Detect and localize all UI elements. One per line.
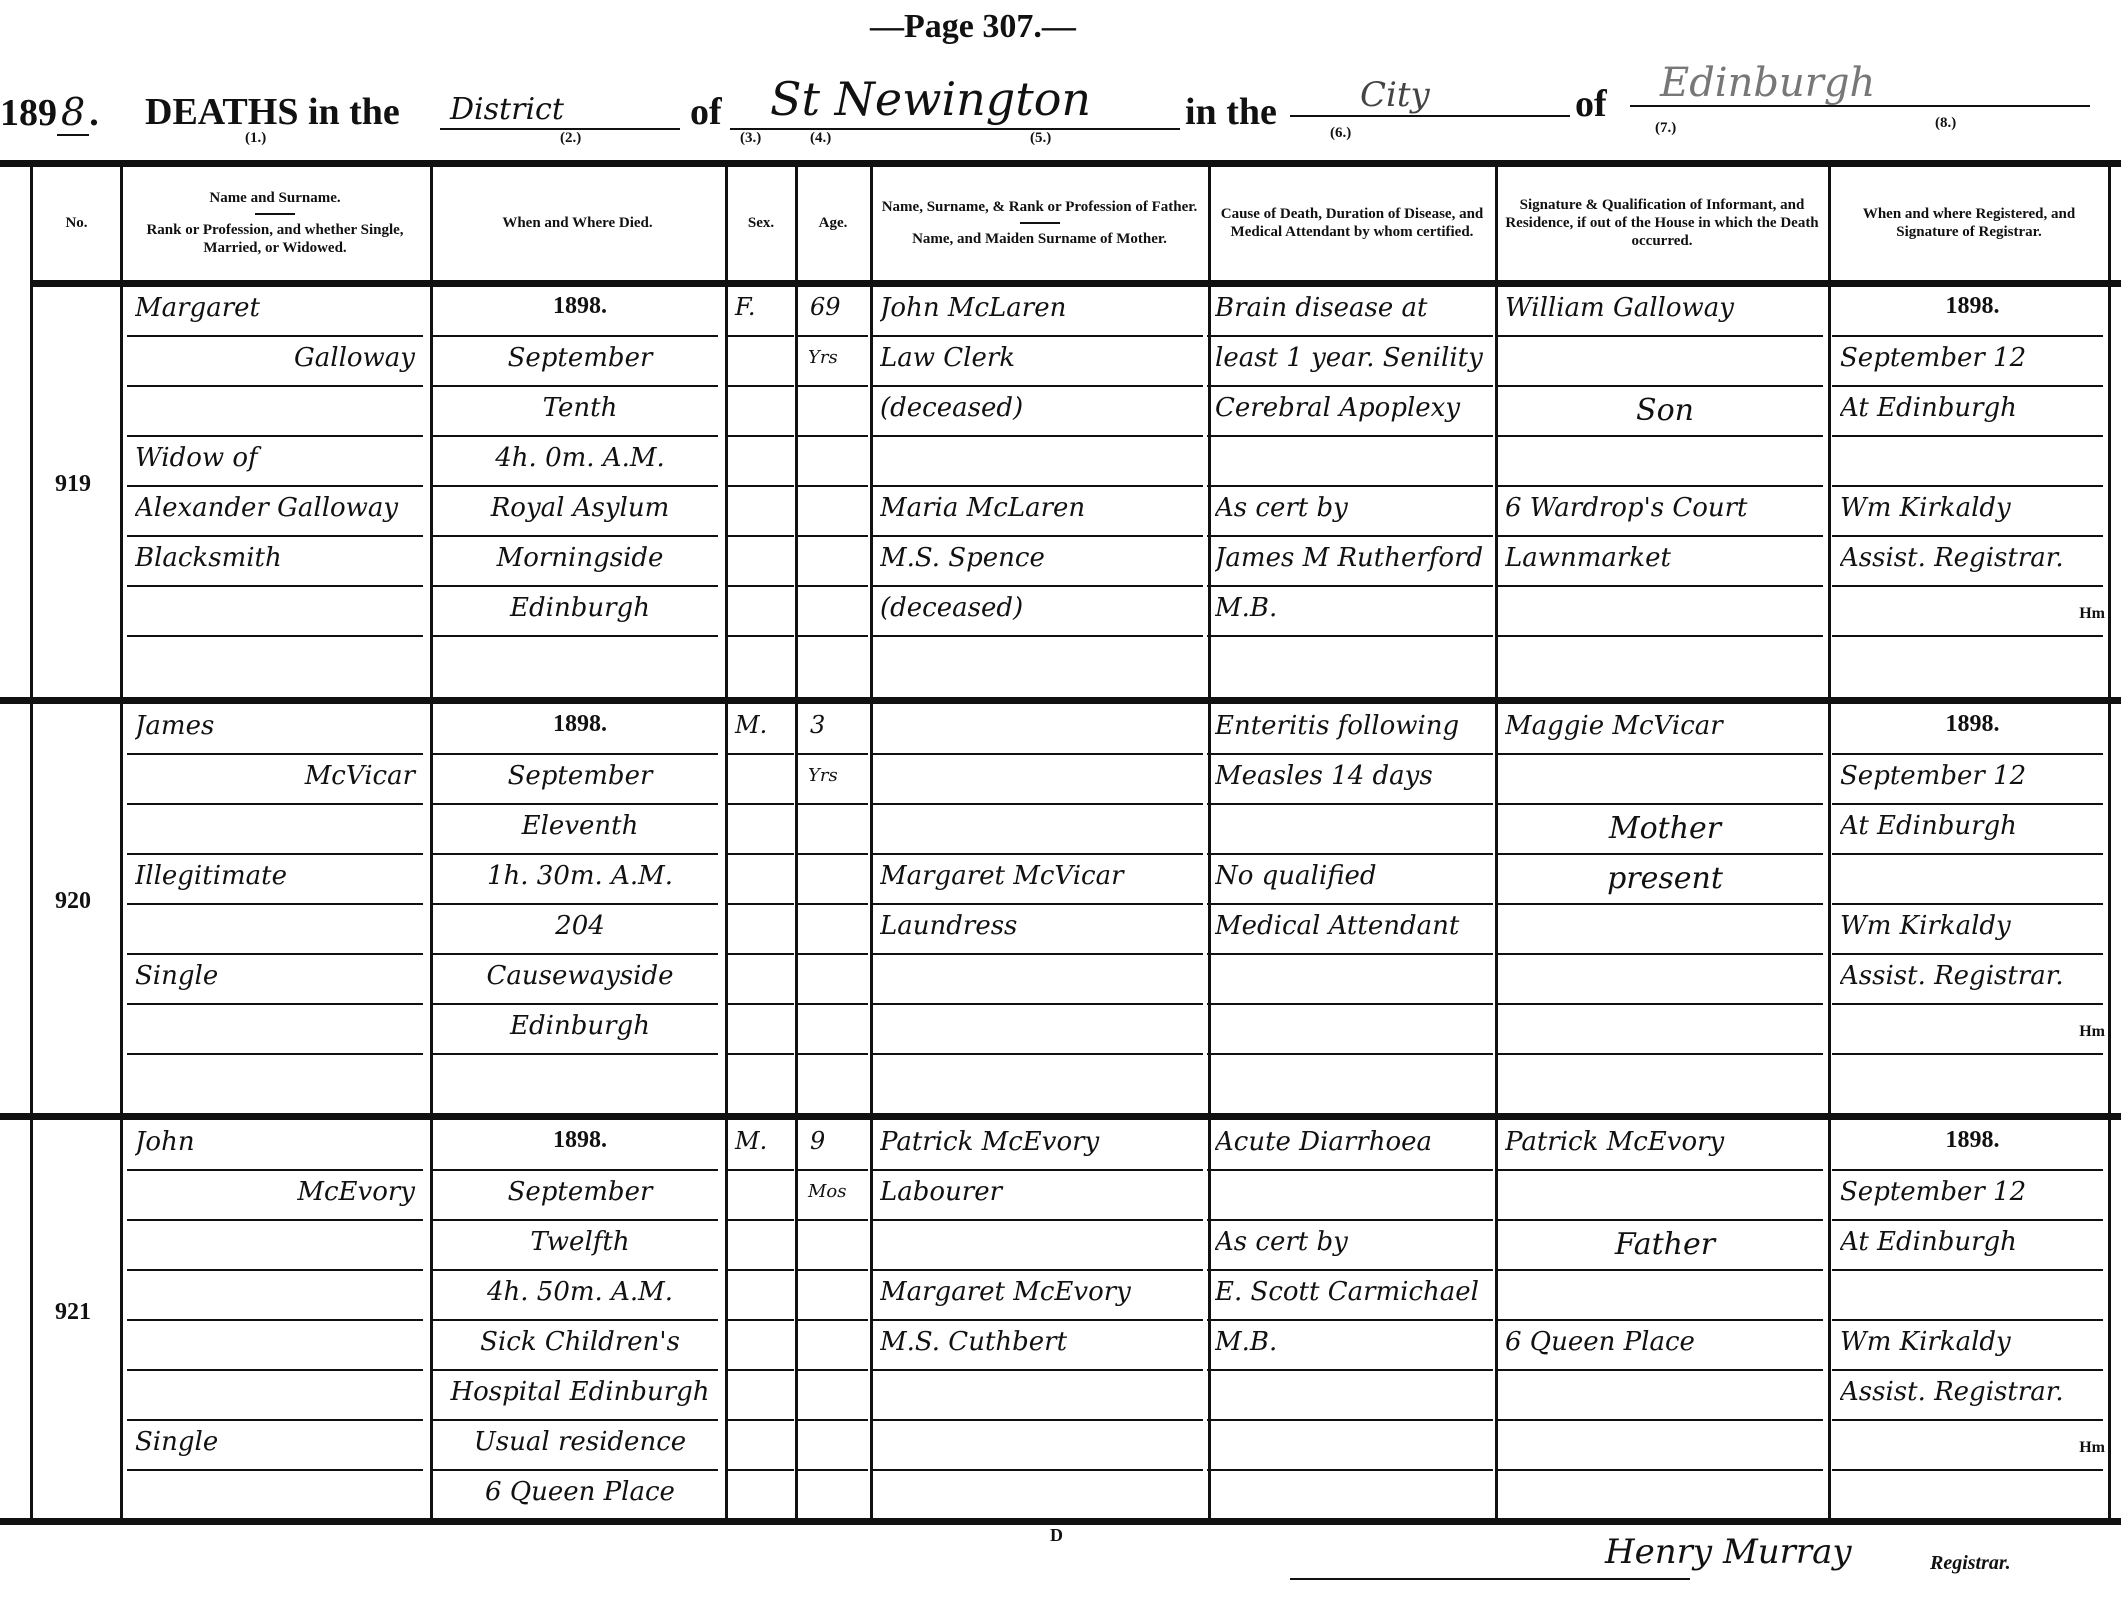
entry-died-line: Hospital Edinburgh <box>440 1377 720 1407</box>
col-header-informant: Signature & Qualification of Informant, … <box>1498 165 1826 280</box>
ruled-line <box>798 335 868 337</box>
ruled-line <box>872 953 1203 955</box>
ruled-line <box>798 385 868 387</box>
ruled-line <box>127 335 423 337</box>
col-header-name-bottom: Rank or Profession, and whether Single, … <box>125 221 425 257</box>
entry-informant-line: 6 Queen Place <box>1505 1327 1825 1357</box>
ruled-line <box>798 953 868 955</box>
entry-registered-line: At Edinburgh <box>1840 1227 2105 1257</box>
ruled-line <box>872 1319 1203 1321</box>
entry-died-line: Edinburgh <box>440 593 720 623</box>
ruled-line <box>872 1053 1203 1055</box>
col-header-registered-label: When and where Registered, and Signature… <box>1832 205 2106 241</box>
entry-registered-line: September 12 <box>1840 343 2105 373</box>
entry-cause-line: Measles 14 days <box>1215 761 1495 791</box>
entry-age: 69 <box>810 293 841 321</box>
entry-registered-line: At Edinburgh <box>1840 393 2105 423</box>
col-header-no-label: No. <box>65 214 87 232</box>
in-the-label: in the <box>1185 90 1277 134</box>
entry-name-line: McVicar <box>135 761 425 791</box>
ruled-line <box>1497 385 1823 387</box>
ruled-line <box>127 903 423 905</box>
year-prefix: 189 <box>0 92 57 134</box>
ruled-line <box>1207 585 1493 587</box>
ruled-line <box>1832 1419 2103 1421</box>
entry-died-line: Twelfth <box>440 1227 720 1257</box>
ruled-line <box>1497 1003 1823 1005</box>
entry-died-line: 1h. 30m. A.M. <box>440 861 720 891</box>
ruled-line <box>1497 903 1823 905</box>
footer-letter: D <box>1050 1525 1063 1546</box>
ruled-line <box>127 1369 423 1371</box>
ruled-line <box>1497 635 1823 637</box>
entry-cause-line: No qualified <box>1215 861 1495 891</box>
ruled-line <box>127 435 423 437</box>
ruled-line <box>1497 1269 1823 1271</box>
ruled-line <box>432 485 718 487</box>
ruled-line <box>1832 1469 2103 1471</box>
year-suffix: 8 <box>57 90 89 136</box>
ruled-line <box>1207 1219 1493 1221</box>
entry-cause-line: As cert by <box>1215 1227 1495 1257</box>
entry-registered-line: Wm Kirkaldy <box>1840 1327 2105 1357</box>
entry-registered-line: 1898. <box>1840 293 2105 320</box>
ruled-line <box>798 853 868 855</box>
ruled-line <box>872 535 1203 537</box>
col-header-parents-top: Name, Surname, & Rank or Profession of F… <box>882 198 1198 216</box>
ruled-line <box>1497 485 1823 487</box>
ruled-line <box>1832 853 2103 855</box>
colnum-3: (3.) <box>740 130 761 147</box>
colnum-5: (5.) <box>1030 130 1051 147</box>
ruled-line <box>1207 1469 1493 1471</box>
ruled-line <box>798 753 868 755</box>
entry-name-line: Blacksmith <box>135 543 425 573</box>
ruled-line <box>1207 1369 1493 1371</box>
entry-cause-line: E. Scott Carmichael <box>1215 1277 1495 1307</box>
entry-parents-line: Margaret McVicar <box>880 861 1205 891</box>
ruled-line <box>1497 753 1823 755</box>
entry-age-unit: Mos <box>808 1181 847 1202</box>
entry-cause-line: Acute Diarrhoea <box>1215 1127 1495 1157</box>
entry-name-line: Single <box>135 961 425 991</box>
ruled-line <box>127 635 423 637</box>
entry-parents-line: Margaret McEvory <box>880 1277 1205 1307</box>
ruled-line <box>432 585 718 587</box>
ruled-line <box>432 1169 718 1171</box>
ruled-line <box>1207 385 1493 387</box>
ruled-line <box>127 803 423 805</box>
ruled-line <box>798 435 868 437</box>
entry-informant-line: 6 Wardrop's Court <box>1505 493 1825 523</box>
ruled-line <box>798 1469 868 1471</box>
entry-sex: M. <box>735 1127 767 1155</box>
entry-informant-line: Son <box>1505 393 1825 428</box>
ruled-line <box>798 803 868 805</box>
ruled-line <box>1832 385 2103 387</box>
entry-registered-line: Hm <box>1840 1439 2105 1457</box>
ruled-line <box>798 585 868 587</box>
ruled-line <box>798 1419 868 1421</box>
ruled-line <box>872 853 1203 855</box>
entry-919-rule <box>0 697 2121 704</box>
entry-died-line: Usual residence <box>440 1427 720 1457</box>
ruled-line <box>1207 635 1493 637</box>
registrar-signature: Henry Murray <box>1605 1532 1852 1572</box>
ruled-line <box>127 1219 423 1221</box>
ruled-line <box>1497 1319 1823 1321</box>
entry-died-line: Tenth <box>440 393 720 423</box>
ruled-line <box>1207 1319 1493 1321</box>
entry-number: 919 <box>55 471 91 498</box>
ruled-line <box>1832 1003 2103 1005</box>
entry-registered-line: September 12 <box>1840 761 2105 791</box>
entry-name-line: Widow of <box>135 443 425 473</box>
ruled-line <box>127 1319 423 1321</box>
entry-informant-line: Mother <box>1505 811 1825 846</box>
entry-died-line: September <box>440 343 720 373</box>
ruled-line <box>1832 335 2103 337</box>
ruled-line <box>1832 1219 2103 1221</box>
ruled-line <box>798 1053 868 1055</box>
ruled-line <box>1207 903 1493 905</box>
entry-parents-line: M.S. Spence <box>880 543 1205 573</box>
ruled-line <box>728 435 794 437</box>
ruled-line <box>432 853 718 855</box>
ruled-line <box>728 1419 794 1421</box>
ruled-line <box>1497 435 1823 437</box>
entry-informant-line: Father <box>1505 1227 1825 1262</box>
entry-died-line: September <box>440 761 720 791</box>
entry-informant-line: Lawnmarket <box>1505 543 1825 573</box>
ruled-line <box>872 1419 1203 1421</box>
of-label-2: of <box>1575 82 1607 126</box>
entry-parents-line: Maria McLaren <box>880 493 1205 523</box>
ruled-line <box>127 1003 423 1005</box>
ruled-line <box>1497 1369 1823 1371</box>
of-label-1: of <box>690 90 722 134</box>
ruled-line <box>1832 1053 2103 1055</box>
page-number: —Page 307.— <box>870 8 1076 46</box>
ruled-line <box>1497 1469 1823 1471</box>
entry-name-line: Illegitimate <box>135 861 425 891</box>
ruled-line <box>127 1469 423 1471</box>
entry-age-unit: Yrs <box>808 765 838 786</box>
ruled-line <box>432 753 718 755</box>
header-bottom-rule <box>30 280 2121 287</box>
ruled-line <box>1497 803 1823 805</box>
ruled-line <box>728 1053 794 1055</box>
district-name: St Newington <box>770 72 1091 126</box>
colnum-6: (6.) <box>1330 125 1351 142</box>
ruled-line <box>1207 535 1493 537</box>
ruled-line <box>872 635 1203 637</box>
ruled-line <box>1207 753 1493 755</box>
ruled-line <box>1207 1053 1493 1055</box>
entry-died-line: September <box>440 1177 720 1207</box>
ruled-line <box>872 585 1203 587</box>
ruled-line <box>1207 435 1493 437</box>
entry-registered-line: 1898. <box>1840 1127 2105 1154</box>
ruled-line <box>872 1219 1203 1221</box>
entry-registered-line: Assist. Registrar. <box>1840 543 2105 573</box>
entry-informant-line: William Galloway <box>1505 293 1825 323</box>
ruled-line <box>1207 1169 1493 1171</box>
entry-parents-line: M.S. Cuthbert <box>880 1327 1205 1357</box>
ruled-line <box>1207 853 1493 855</box>
ruled-line <box>127 1169 423 1171</box>
ruled-line <box>872 335 1203 337</box>
ruled-line <box>872 1469 1203 1471</box>
ruled-line <box>432 1053 718 1055</box>
ruled-line <box>432 1369 718 1371</box>
ruled-line <box>728 1369 794 1371</box>
ruled-line <box>432 803 718 805</box>
ruled-line <box>1832 435 2103 437</box>
ruled-line <box>872 1003 1203 1005</box>
entry-name-line: James <box>135 711 425 741</box>
col-header-sex: Sex. <box>728 165 794 280</box>
col-header-when-where-label: When and Where Died. <box>502 214 652 232</box>
entry-died-line: 1898. <box>440 1127 720 1154</box>
ruled-line <box>1832 803 2103 805</box>
entry-age: 3 <box>810 711 825 739</box>
ruled-line <box>872 1269 1203 1271</box>
ruled-line <box>432 385 718 387</box>
entry-number: 920 <box>55 888 91 915</box>
ruled-line <box>728 585 794 587</box>
ruled-line <box>728 1469 794 1471</box>
ruled-line <box>1497 853 1823 855</box>
entry-parents-line: Law Clerk <box>880 343 1205 373</box>
ruled-line <box>432 435 718 437</box>
ruled-line <box>432 335 718 337</box>
colnum-1: (1.) <box>245 130 266 147</box>
entry-died-line: Royal Asylum <box>440 493 720 523</box>
entry-parents-line: Labourer <box>880 1177 1205 1207</box>
entry-cause-line: Enteritis following <box>1215 711 1495 741</box>
ruled-line <box>728 853 794 855</box>
entry-cause-line: M.B. <box>1215 593 1495 623</box>
entry-920-rule <box>0 1113 2121 1120</box>
entry-died-line: 204 <box>440 911 720 941</box>
ruled-line <box>728 535 794 537</box>
col-header-informant-label: Signature & Qualification of Informant, … <box>1498 196 1826 250</box>
entry-name-line: Single <box>135 1427 425 1457</box>
entry-registered-line: Assist. Registrar. <box>1840 961 2105 991</box>
entry-registered-line: 1898. <box>1840 711 2105 738</box>
entry-registered-line: September 12 <box>1840 1177 2105 1207</box>
ruled-line <box>728 753 794 755</box>
table-bottom-rule <box>0 1518 2121 1525</box>
entry-cause-line: Cerebral Apoplexy <box>1215 393 1495 423</box>
ruled-line <box>127 535 423 537</box>
ruled-line <box>728 635 794 637</box>
ruled-line <box>728 1269 794 1271</box>
ruled-line <box>872 1369 1203 1371</box>
entry-died-line: Causewayside <box>440 961 720 991</box>
entry-sex: M. <box>735 711 767 739</box>
col-header-no: No. <box>33 165 120 280</box>
ruled-line <box>1207 953 1493 955</box>
ruled-line <box>872 903 1203 905</box>
ruled-line <box>1832 953 2103 955</box>
ruled-line <box>728 385 794 387</box>
col-header-age: Age. <box>798 165 868 280</box>
ruled-line <box>1832 635 2103 637</box>
ruled-line <box>127 753 423 755</box>
col-header-sex-label: Sex. <box>748 214 774 232</box>
ruled-line <box>728 1219 794 1221</box>
entry-registered-line: Wm Kirkaldy <box>1840 493 2105 523</box>
ruled-line <box>1832 485 2103 487</box>
ruled-line <box>798 535 868 537</box>
ruled-line <box>1497 1169 1823 1171</box>
entry-died-line: 4h. 0m. A.M. <box>440 443 720 473</box>
col-header-cause: Cause of Death, Duration of Disease, and… <box>1212 165 1492 280</box>
ruled-line <box>798 903 868 905</box>
ruled-line <box>798 1219 868 1221</box>
entry-number: 921 <box>55 1299 91 1326</box>
entry-registered-line: Hm <box>1840 1023 2105 1041</box>
ruled-line <box>432 1003 718 1005</box>
ruled-line <box>432 903 718 905</box>
col-header-age-label: Age. <box>819 214 848 232</box>
ruled-line <box>127 485 423 487</box>
entry-registered-line: At Edinburgh <box>1840 811 2105 841</box>
entry-cause-line: least 1 year. Senility <box>1215 343 1495 373</box>
ruled-line <box>1497 1219 1823 1221</box>
burgh-type: City <box>1360 75 1430 115</box>
ruled-line <box>1832 1269 2103 1271</box>
ruled-line <box>728 903 794 905</box>
entry-name-line: McEvory <box>135 1177 425 1207</box>
ruled-line <box>127 1053 423 1055</box>
ruled-line <box>798 1269 868 1271</box>
ruled-line <box>432 953 718 955</box>
entry-died-line: 6 Queen Place <box>440 1477 720 1507</box>
entry-cause-line: Brain disease at <box>1215 293 1495 323</box>
ruled-line <box>728 803 794 805</box>
ruled-line <box>798 1003 868 1005</box>
burgh-name: Edinburgh <box>1660 60 1875 106</box>
entry-died-line: Sick Children's <box>440 1327 720 1357</box>
ruled-line <box>1497 335 1823 337</box>
ruled-line <box>127 1419 423 1421</box>
ruled-line <box>728 1169 794 1171</box>
ruled-line <box>127 385 423 387</box>
ruled-line <box>728 1319 794 1321</box>
entry-registered-line: Assist. Registrar. <box>1840 1377 2105 1407</box>
ruled-line <box>432 1269 718 1271</box>
entry-died-line: 4h. 50m. A.M. <box>440 1277 720 1307</box>
entry-died-line: 1898. <box>440 293 720 320</box>
entry-died-line: Eleventh <box>440 811 720 841</box>
ruled-line <box>1207 335 1493 337</box>
registrar-label: Registrar. <box>1930 1552 2011 1575</box>
col-header-name-top: Name and Surname. <box>209 189 340 207</box>
ruled-line <box>798 1169 868 1171</box>
ruled-line <box>432 1219 718 1221</box>
ruled-line <box>798 485 868 487</box>
ruled-line <box>798 1319 868 1321</box>
colnum-7: (7.) <box>1655 120 1676 137</box>
ruled-line <box>1832 585 2103 587</box>
entry-died-line: Edinburgh <box>440 1011 720 1041</box>
entry-parents-line: Patrick McEvory <box>880 1127 1205 1157</box>
entry-informant-line: present <box>1505 861 1825 896</box>
col-header-cause-label: Cause of Death, Duration of Disease, and… <box>1212 205 1492 241</box>
entry-registered-line: Hm <box>1840 605 2105 623</box>
colnum-8: (8.) <box>1935 115 1956 132</box>
entry-registered-line: Wm Kirkaldy <box>1840 911 2105 941</box>
ruled-line <box>1207 485 1493 487</box>
col-header-name: Name and Surname.Rank or Profession, and… <box>125 165 425 280</box>
ruled-line <box>432 535 718 537</box>
col-header-parents: Name, Surname, & Rank or Profession of F… <box>873 165 1206 280</box>
ruled-line <box>127 853 423 855</box>
entry-parents-line: (deceased) <box>880 393 1205 423</box>
entry-name-line: Galloway <box>135 343 425 373</box>
ruled-line <box>798 635 868 637</box>
ruled-line <box>1832 1169 2103 1171</box>
register-year: 1898. <box>0 90 99 135</box>
entry-died-line: Morningside <box>440 543 720 573</box>
entry-name-line: Alexander Galloway <box>135 493 425 523</box>
entry-age: 9 <box>810 1127 825 1155</box>
ruled-line <box>432 1419 718 1421</box>
ruled-line <box>1832 753 2103 755</box>
entry-parents-line: (deceased) <box>880 593 1205 623</box>
entry-cause-line: M.B. <box>1215 1327 1495 1357</box>
ruled-line <box>1497 1419 1823 1421</box>
ruled-line <box>1207 1269 1493 1271</box>
ruled-line <box>127 1269 423 1271</box>
ruled-line <box>728 1003 794 1005</box>
ruled-line <box>872 1169 1203 1171</box>
col-header-when-where: When and Where Died. <box>435 165 720 280</box>
colnum-4: (4.) <box>810 130 831 147</box>
district-type: District <box>450 92 564 127</box>
entry-informant-line: Maggie McVicar <box>1505 711 1825 741</box>
entry-name-line: Margaret <box>135 293 425 323</box>
ruled-line <box>1832 1319 2103 1321</box>
entry-name-line: John <box>135 1127 425 1157</box>
ruled-line <box>1207 1003 1493 1005</box>
ruled-line <box>872 435 1203 437</box>
ruled-line <box>1497 953 1823 955</box>
ruled-line <box>432 635 718 637</box>
entry-died-line: 1898. <box>440 711 720 738</box>
ruled-line <box>872 485 1203 487</box>
col-header-registered: When and where Registered, and Signature… <box>1832 165 2106 280</box>
entry-parents-line: John McLaren <box>880 293 1205 323</box>
ruled-line <box>127 585 423 587</box>
ruled-line <box>872 753 1203 755</box>
ruled-line <box>127 953 423 955</box>
ruled-line <box>798 1369 868 1371</box>
entry-sex: F. <box>735 293 756 321</box>
ruled-line <box>1497 1053 1823 1055</box>
ruled-line <box>1832 1369 2103 1371</box>
ruled-line <box>432 1469 718 1471</box>
entry-cause-line: As cert by <box>1215 493 1495 523</box>
ruled-line <box>1207 1419 1493 1421</box>
col-header-parents-bottom: Name, and Maiden Surname of Mother. <box>912 230 1167 248</box>
ruled-line <box>728 953 794 955</box>
ruled-line <box>1832 535 2103 537</box>
ruled-line <box>872 803 1203 805</box>
